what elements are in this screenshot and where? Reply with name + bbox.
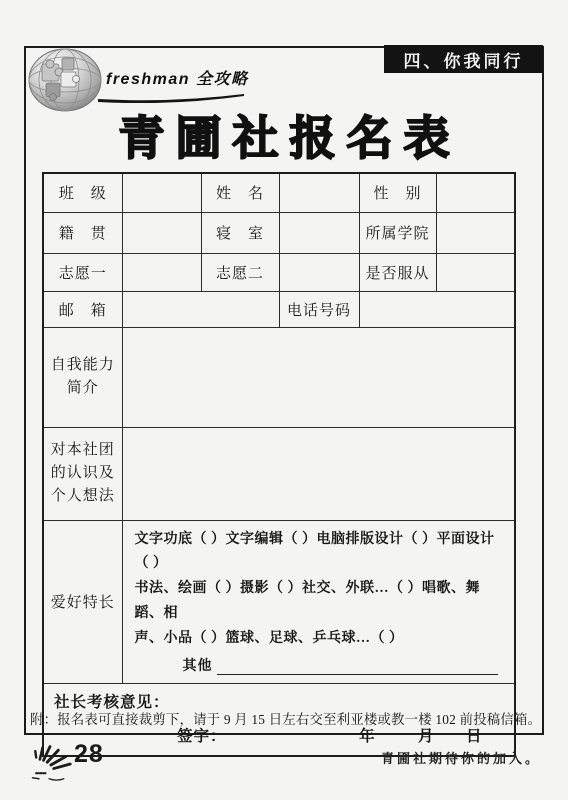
hobbies-content-cell: 文字功底（ ）文字编辑（ ）电脑排版设计（ ）平面设计（ ） 书法、绘画（ ）摄… [122,520,515,684]
club-thoughts-label-cell: 对本社团 的认识及 个人想法 [43,427,122,520]
dorm-label-cell: 寝 室 [201,212,279,253]
name-blank-cell [279,173,359,212]
class-blank-cell [122,173,201,212]
obey-label: 是否服从 [365,266,429,282]
section-tag-label: 四、你我同行 [404,47,524,72]
phone-blank-cell [359,291,515,327]
section-tag: 四、你我同行 [384,45,543,73]
email-label: 邮 箱 [59,303,107,319]
email-blank-cell [122,291,279,327]
table-row: 爱好特长 文字功底（ ）文字编辑（ ）电脑排版设计（ ）平面设计（ ） 书法、绘… [43,520,515,684]
page-title: 青圃社报名表 [24,102,544,168]
choice1-label: 志愿一 [59,266,107,282]
hobbies-other-label: 其他 [183,655,213,675]
table-row: 对本社团 的认识及 个人想法 [43,427,515,520]
obey-label-cell: 是否服从 [359,253,436,291]
choice2-label: 志愿二 [216,266,264,282]
burst-doodle-icon [27,742,73,786]
college-label: 所属学院 [365,226,429,242]
gender-label: 性 别 [373,186,421,202]
brand-text: freshman 全攻略 [106,66,248,89]
hobbies-other-underline [217,656,499,675]
submission-note: 附：报名表可直接裁剪下，请于 9 月 15 日左右交至利亚楼或教一楼 102 前… [30,709,538,728]
hobbies-other-line: 其他 [183,655,499,675]
gender-blank-cell [436,173,515,212]
table-row: 班 级 姓 名 性 别 [43,173,515,212]
table-row: 籍 贯 寝 室 所属学院 [43,212,515,253]
hobbies-label-cell: 爱好特长 [43,520,122,684]
brand-logo: freshman 全攻略 [106,66,248,103]
name-label: 姓 名 [216,186,264,202]
table-row: 邮 箱 电话号码 [43,291,515,327]
self-intro-label-line2: 简介 [44,377,122,400]
college-blank-cell [436,212,515,253]
self-intro-label-line1: 自我能力 [44,354,122,377]
gender-label-cell: 性 别 [359,173,436,212]
hometown-label-cell: 籍 贯 [43,212,122,253]
name-label-cell: 姓 名 [201,173,279,212]
hometown-blank-cell [122,212,201,253]
college-label-cell: 所属学院 [359,212,436,253]
class-label: 班 级 [59,186,107,202]
hobbies-line1: 文字功底（ ）文字编辑（ ）电脑排版设计（ ）平面设计（ ） [135,528,505,578]
dorm-label: 寝 室 [216,226,264,242]
hobbies-line3: 声、小品（ ）篮球、足球、乒乓球…（ ） [135,627,505,652]
class-label-cell: 班 级 [43,173,122,212]
registration-form-table: 班 级 姓 名 性 别 籍 贯 寝 室 所属学院 志愿一 志愿二 是否服从 邮 … [42,172,516,757]
hometown-label: 籍 贯 [59,226,107,242]
choice1-blank-cell [122,253,201,291]
club-thoughts-label-line2: 的认识及 [44,462,122,485]
dorm-blank-cell [279,212,359,253]
hobbies-line2: 书法、绘画（ ）摄影（ ）社交、外联…（ ）唱歌、舞蹈、相 [135,577,505,627]
club-thoughts-blank-cell [122,427,515,520]
choice1-label-cell: 志愿一 [43,253,122,291]
choice2-blank-cell [279,253,359,291]
choice2-label-cell: 志愿二 [201,253,279,291]
email-label-cell: 邮 箱 [43,291,122,327]
self-intro-label-cell: 自我能力 简介 [43,327,122,427]
table-row: 自我能力 简介 [43,327,515,427]
club-thoughts-label-line1: 对本社团 [44,439,122,462]
hobbies-label: 爱好特长 [51,595,115,611]
phone-label: 电话号码 [287,303,351,319]
page-number: 28 [74,740,104,769]
club-thoughts-label-line3: 个人想法 [44,485,122,508]
scanned-page: freshman 全攻略 四、你我同行 青圃社报名表 班 级 姓 名 性 别 籍… [0,0,568,800]
self-intro-blank-cell [122,327,515,427]
footer-slogan: 青圃社期待你的加入。 [381,748,541,767]
table-row: 志愿一 志愿二 是否服从 [43,253,515,291]
phone-label-cell: 电话号码 [279,291,359,327]
obey-blank-cell [436,253,515,291]
